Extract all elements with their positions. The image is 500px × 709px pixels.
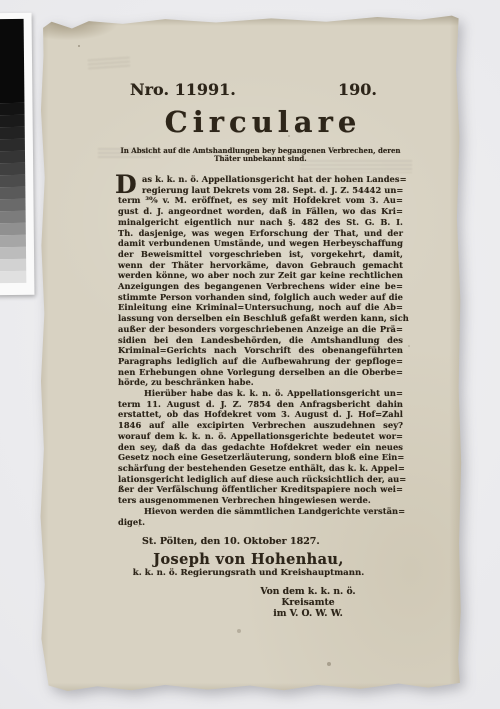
paper-specks (78, 45, 80, 47)
wedge-step (0, 19, 24, 103)
body-line: Th. dasjenige, was wegen Erforschung der… (118, 228, 403, 239)
paragraph: Hierüber habe das k. k. n. ö. Appellatio… (118, 388, 403, 506)
dateline: St. Pölten, den 10. Oktober 1827. (142, 536, 403, 547)
body-line: den sey, daß da das gedachte Hofdekret w… (118, 442, 403, 453)
wedge-step (0, 127, 25, 139)
wedge-step (0, 271, 26, 283)
signature-title: k. k. n. ö. Regierungsrath und Kreishaup… (106, 568, 391, 579)
wedge-step (0, 163, 25, 175)
issuer-line-2: im V. O. W. W. (240, 608, 376, 619)
subtitle-line: Thäter unbekannt sind. (118, 155, 403, 163)
body-line: erstattet, ob das Hofdekret vom 3. Augus… (118, 409, 403, 420)
calibration-card (0, 13, 34, 295)
signature-name: Joseph von Hohenhau, (106, 552, 391, 568)
wedge-step (0, 115, 25, 127)
wedge-step (0, 223, 26, 235)
body-line: diget. (118, 517, 403, 528)
body-line: 1846 auf alle excipirten Verbrechen ausz… (118, 420, 403, 431)
body-line: gust d. J. angeordnet worden, daß in Fäl… (118, 206, 403, 217)
page-number: 190. (338, 81, 377, 99)
drop-cap: D (115, 170, 137, 199)
grayscale-step-wedge (0, 19, 26, 283)
paper-shadow-wrap: Nro. 11991. 190. Circulare In Absicht au… (38, 15, 462, 693)
photo-stage: Nro. 11991. 190. Circulare In Absicht au… (0, 0, 500, 709)
paragraph: Das k. k. n. ö. Appellationsgericht hat … (118, 174, 403, 388)
body-line: außer der besonders vorgeschriebenen Anz… (118, 324, 403, 335)
issuer-line-1: Von dem k. k. n. ö. Kreisamte (240, 586, 376, 608)
wedge-step (0, 151, 25, 163)
body-line: wenn der Thäter hervorkäme, davon Gebrau… (118, 260, 403, 271)
body-line: nen Erhebungen ohne Vorlegung derselben … (118, 367, 403, 378)
wedge-step (0, 187, 25, 199)
body-line: ters ausgenommenen Verbrechen hingewiese… (118, 495, 403, 506)
body-line: Anzeigungen des begangenen Verbrechens w… (118, 281, 403, 292)
document-paper: Nro. 11991. 190. Circulare In Absicht au… (38, 15, 462, 693)
wedge-step (0, 259, 26, 271)
body-line: lassung von derselben ein Beschluß gefaß… (118, 313, 403, 324)
wedge-step (0, 139, 25, 151)
body-line: Paragraphs lediglich auf die Aufbewahrun… (118, 356, 403, 367)
wedge-step (0, 199, 26, 211)
body-line: damit verbundenen Umstände, und wegen He… (118, 238, 403, 249)
body-line: hörde, zu beschränken habe. (118, 377, 403, 388)
body-line: as k. k. n. ö. Appellationsgericht hat d… (142, 174, 403, 185)
body-line: Gesetz noch eine Gesetzerläuterung, sond… (118, 452, 403, 463)
wedge-step (0, 247, 26, 259)
wedge-step (0, 175, 25, 187)
document-title: Circulare (118, 103, 403, 141)
body-line: regierung laut Dekrets vom 28. Sept. d. … (142, 185, 403, 196)
body-line: worauf dem k. k. n. ö. Appellationsgeric… (118, 431, 403, 442)
body-line: stimmte Person vorhanden sind, folglich … (118, 292, 403, 303)
wedge-step (0, 211, 26, 223)
body-line: term 11. August d. J. Z. 7854 den Anfrag… (118, 399, 403, 410)
body-line: ßer der Verfälschung öffentlicher Kredit… (118, 484, 403, 495)
body-line: term ³⁰⁄₉ v. M. eröffnet, es sey mit Hof… (118, 195, 403, 206)
body-line: Einleitung eine Kriminal=Untersuchung, n… (118, 302, 403, 313)
body-line: Kriminal=Gerichts nach Vorschrift des ob… (118, 345, 403, 356)
body-line: lationsgericht lediglich auf diese auch … (118, 474, 403, 485)
document-number: Nro. 11991. (130, 81, 236, 99)
body-line: werden könne, wo aber noch zur Zeit gar … (118, 270, 403, 281)
wedge-step (0, 235, 26, 247)
signature-block: Joseph von Hohenhau, k. k. n. ö. Regieru… (106, 552, 391, 579)
document-subtitle: In Absicht auf die Amtshandlungen bey be… (118, 147, 403, 163)
body-line: schärfung der bestehenden Gesetze enthäl… (118, 463, 403, 474)
body-line: minalgericht eigentlich nur nach §. 482 … (118, 217, 403, 228)
issuer-block: Von dem k. k. n. ö. Kreisamte im V. O. W… (240, 586, 376, 619)
document-body: Das k. k. n. ö. Appellationsgericht hat … (118, 174, 403, 527)
document-content: Nro. 11991. 190. Circulare In Absicht au… (118, 15, 403, 619)
paragraph: Hievon werden die sämmtlichen Landgerich… (118, 506, 403, 527)
body-line: sidien bei den Landesbehörden, die Amtsh… (118, 335, 403, 346)
body-line: der Beweismittel vorgeschrieben ist, vor… (118, 249, 403, 260)
document-header: Nro. 11991. 190. (118, 81, 403, 99)
wedge-step (0, 103, 25, 115)
body-line: Hievon werden die sämmtlichen Landgerich… (118, 506, 403, 517)
body-line: Hierüber habe das k. k. n. ö. Appellatio… (118, 388, 403, 399)
